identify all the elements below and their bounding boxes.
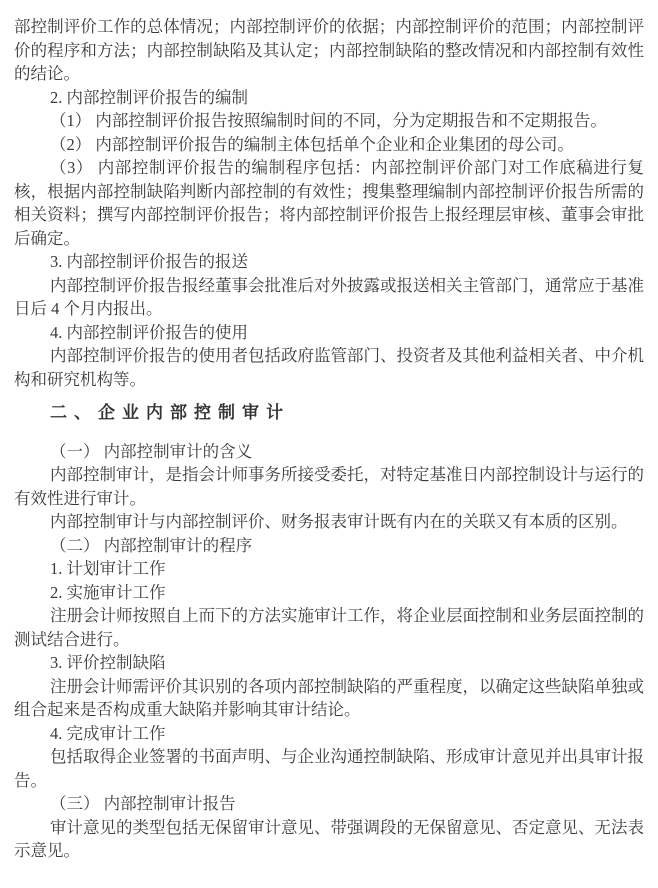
numbered-subheading: 3. 评价控制缺陷 xyxy=(14,651,644,675)
paragraph: 内部控制审计，是指会计师事务所接受委托，对特定基准日内部控制设计与运行的有效性进… xyxy=(14,463,644,510)
paragraph: 注册会计师需评价其识别的各项内部控制缺陷的严重程度，以确定这些缺陷单独或组合起来… xyxy=(14,675,644,722)
document-page: 部控制评价工作的总体情况；内部控制评价的依据；内部控制评价的范围；内部控制评价的… xyxy=(0,0,658,888)
paragraph: 包括取得企业签署的书面声明、与企业沟通控制缺陷、形成审计意见并出具审计报告。 xyxy=(14,745,644,792)
paragraph: （1） 内部控制评价报告按照编制时间的不同，分为定期报告和不定期报告。 xyxy=(14,109,644,133)
subsection-heading: （二） 内部控制审计的程序 xyxy=(14,534,644,558)
paragraph: 审计意见的类型包括无保留审计意见、带强调段的无保留意见、否定意见、无法表示意见。 xyxy=(14,816,644,863)
paragraph-continuation: 部控制评价工作的总体情况；内部控制评价的依据；内部控制评价的范围；内部控制评价的… xyxy=(14,15,644,86)
paragraph: （3） 内部控制评价报告的编制程序包括：内部控制评价部门对工作底稿进行复核，根据… xyxy=(14,156,644,250)
subsection-heading: （三） 内部控制审计报告 xyxy=(14,792,644,816)
numbered-subheading: 3. 内部控制评价报告的报送 xyxy=(14,250,644,274)
section-heading: 二、企业内部控制审计 xyxy=(14,401,644,425)
numbered-subheading: 4. 内部控制评价报告的使用 xyxy=(14,321,644,345)
numbered-subheading: 4. 完成审计工作 xyxy=(14,722,644,746)
numbered-subheading: 2. 内部控制评价报告的编制 xyxy=(14,86,644,110)
paragraph: 内部控制评价报告报经董事会批准后对外披露或报送相关主管部门，通常应于基准日后 4… xyxy=(14,274,644,321)
subsection-heading: （一） 内部控制审计的含义 xyxy=(14,440,644,464)
paragraph: 内部控制审计与内部控制评价、财务报表审计既有内在的关联又有本质的区别。 xyxy=(14,510,644,534)
paragraph: （2） 内部控制评价报告的编制主体包括单个企业和企业集团的母公司。 xyxy=(14,133,644,157)
numbered-subheading: 2. 实施审计工作 xyxy=(14,581,644,605)
paragraph: 注册会计师按照自上而下的方法实施审计工作，将企业层面控制和业务层面控制的测试结合… xyxy=(14,604,644,651)
paragraph: 内部控制评价报告的使用者包括政府监管部门、投资者及其他利益相关者、中介机构和研究… xyxy=(14,344,644,391)
numbered-subheading: 1. 计划审计工作 xyxy=(14,557,644,581)
